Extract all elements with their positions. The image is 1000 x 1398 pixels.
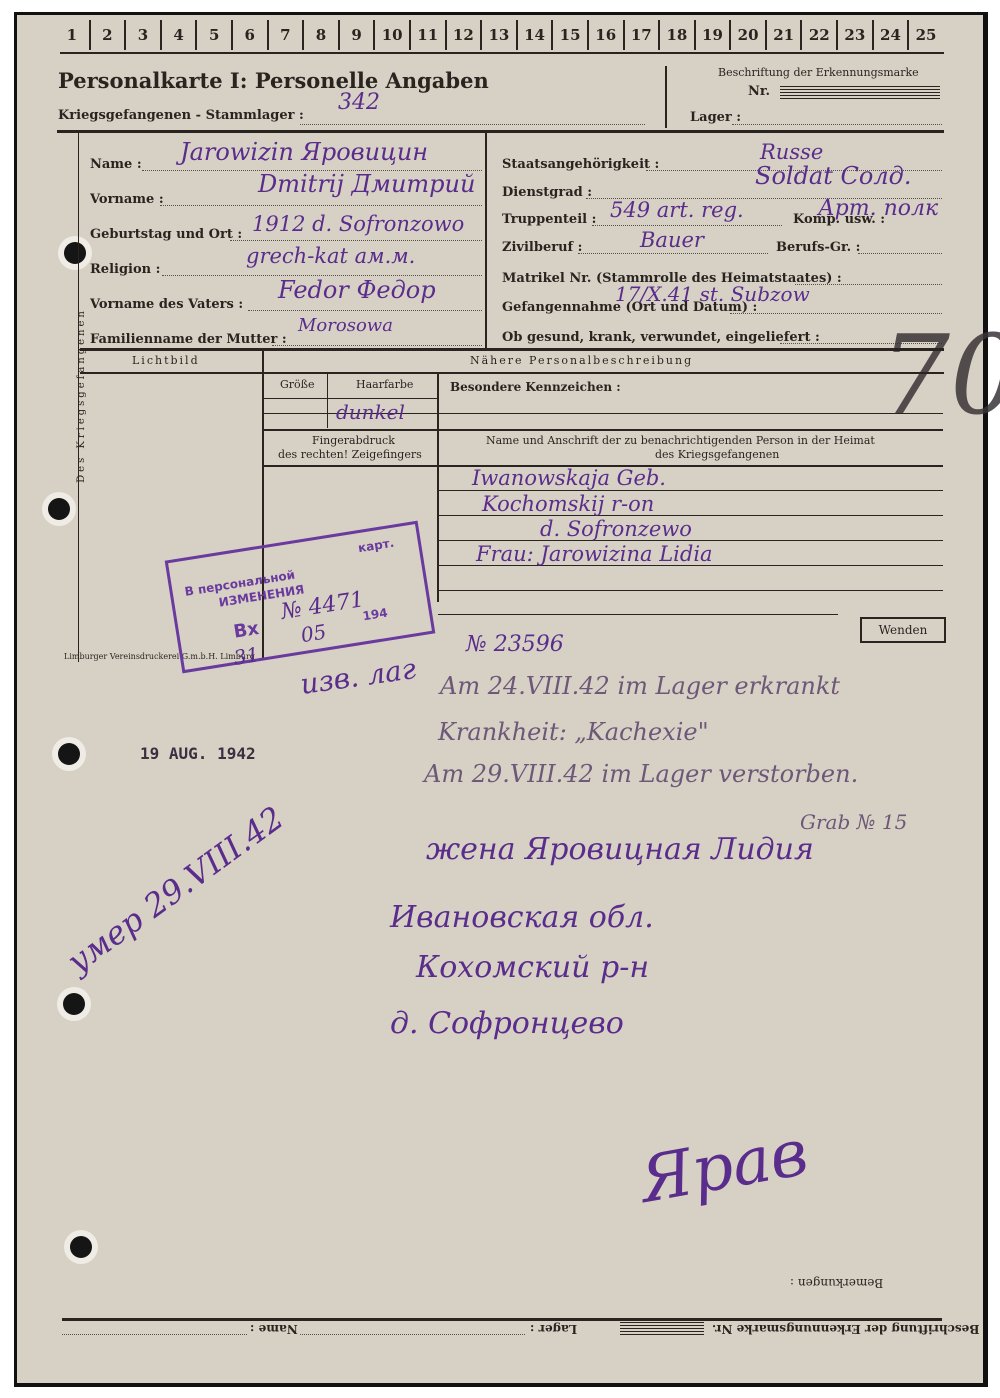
- dienstgrad-label: Dienstgrad :: [502, 185, 592, 200]
- staat-label: Staatsangehörigkeit :: [502, 157, 659, 172]
- berufsgr-label: Berufs-Gr. :: [776, 240, 860, 255]
- ruler-column: 22: [800, 20, 836, 50]
- truppenteil-label: Truppenteil :: [502, 212, 596, 227]
- marke-label: Beschriftung der Erkennungsmarke: [718, 66, 919, 79]
- ruler-column: 25: [907, 20, 943, 50]
- note-line-3: Am 29.VIII.42 im Lager verstorben.: [424, 760, 858, 788]
- kompanie-value: Арт. полк: [818, 196, 938, 221]
- grave-note: Grab № 15: [800, 810, 907, 834]
- ruler-column: 9: [338, 20, 374, 50]
- ruler-column: 14: [516, 20, 552, 50]
- ruler-column: 4: [160, 20, 196, 50]
- card-title: Personalkarte I: Personelle Angaben: [58, 68, 489, 93]
- ruler-column: 3: [124, 20, 160, 50]
- bemerkungen-label: Bemerkungen :: [790, 1276, 883, 1290]
- mutter-label: Familienname der Mutter :: [90, 332, 287, 347]
- ruler-column: 6: [231, 20, 267, 50]
- lager-label: Lager :: [690, 110, 741, 125]
- finger-label-2: des rechten! Zeigefingers: [278, 448, 422, 461]
- punch-hole: [70, 1236, 92, 1258]
- staat-value: Russe: [760, 140, 823, 164]
- ru-line-2: Ивановская обл.: [390, 900, 654, 935]
- contact-line-3: d. Sofronzewo: [540, 517, 692, 541]
- stamp-vx: Вх: [232, 618, 260, 643]
- wenden-button[interactable]: Wenden: [860, 617, 946, 643]
- ruler-column: 10: [373, 20, 409, 50]
- kennzeichen-label: Besondere Kennzeichen :: [450, 380, 621, 394]
- contact-label-2: des Kriegsgefangenen: [655, 448, 779, 461]
- ru-line-1: жена Яровицная Лидия: [426, 832, 814, 867]
- ruler-column: 16: [587, 20, 623, 50]
- punch-hole: [63, 993, 85, 1015]
- nr-label: Nr.: [748, 84, 770, 99]
- vorname-value: Dmitrij Дмитрий: [258, 170, 475, 198]
- ruler-column: 17: [623, 20, 659, 50]
- religion-label: Religion :: [90, 262, 160, 277]
- stammlager-value: 342: [338, 90, 380, 115]
- religion-value: grech-kat ам.м.: [246, 244, 415, 268]
- vater-label: Vorname des Vaters :: [90, 297, 243, 312]
- note-line-2: Krankheit: „Kachexie": [438, 718, 709, 746]
- ru-line-4: д. Софронцево: [390, 1006, 624, 1041]
- ruler-column: 11: [409, 20, 445, 50]
- stamp-year: 194: [362, 606, 389, 624]
- note-line-1: Am 24.VIII.42 im Lager erkrankt: [440, 672, 840, 700]
- ruler-column: 19: [694, 20, 730, 50]
- naehere-label: Nähere Personalbeschreibung: [470, 354, 693, 367]
- stammlager-label: Kriegsgefangenen - Stammlager :: [58, 108, 304, 123]
- zivilberuf-label: Zivilberuf :: [502, 240, 582, 255]
- zivilberuf-value: Bauer: [640, 228, 704, 252]
- card-number: № 23596: [466, 632, 564, 657]
- ruler-column: 13: [480, 20, 516, 50]
- dienstgrad-value: Soldat Солд.: [755, 162, 911, 190]
- marke-number-lines: [780, 86, 940, 100]
- footer-lager-label: Lager :: [530, 1322, 577, 1336]
- ruler-column: 1: [55, 20, 89, 50]
- ruler-column: 23: [836, 20, 872, 50]
- ruler-column: 21: [765, 20, 801, 50]
- finger-label-1: Fingerabdruck: [312, 434, 395, 447]
- ruler-column: 18: [658, 20, 694, 50]
- haarfarbe-label: Haarfarbe: [356, 378, 413, 391]
- name-value: Jarowizin Яровицин: [180, 138, 428, 166]
- ruler-column: 8: [302, 20, 338, 50]
- stamp-day: 31: [232, 642, 261, 670]
- punch-hole: [48, 498, 70, 520]
- vorname-label: Vorname :: [90, 192, 164, 207]
- gesund-label: Ob gesund, krank, verwundet, eingeliefer…: [502, 330, 820, 345]
- mutter-value: Morosowa: [298, 315, 393, 336]
- ruler-column: 12: [445, 20, 481, 50]
- contact-line-2: Kochomskij r-on: [482, 492, 654, 516]
- vater-value: Fedor Федор: [278, 276, 436, 304]
- footer-name-label: Name :: [250, 1322, 298, 1336]
- geburt-label: Geburtstag und Ort :: [90, 227, 242, 242]
- stamp-month: 05: [299, 619, 328, 647]
- ruler-column: 20: [729, 20, 765, 50]
- side-text: Des Kriegsgefangenen: [76, 308, 87, 483]
- footer-marke-label: Beschriftung der Erkennungsmarke Nr.: [712, 1322, 979, 1336]
- truppenteil-value: 549 art. reg.: [610, 198, 744, 222]
- ruler-column: 15: [551, 20, 587, 50]
- contact-label-1: Name und Anschrift der zu benachrichtige…: [486, 434, 875, 447]
- haarfarbe-value: dunkel: [336, 400, 405, 424]
- groesse-label: Größe: [280, 378, 315, 391]
- column-ruler: 1234567891011121314151617181920212223242…: [55, 20, 943, 50]
- contact-line-1: Iwanowskaja Geb.: [472, 466, 666, 490]
- ruler-column: 24: [872, 20, 908, 50]
- lichtbild-label: Lichtbild: [132, 354, 200, 367]
- punch-hole: [58, 743, 80, 765]
- ruler-column: 5: [195, 20, 231, 50]
- name-label: Name :: [90, 157, 142, 172]
- footer-marke-lines: [620, 1322, 704, 1336]
- ruler-column: 2: [89, 20, 125, 50]
- contact-line-4: Frau: Jarowizina Lidia: [476, 542, 713, 566]
- geburt-value: 1912 d. Sofronzowo: [252, 212, 464, 236]
- ruler-column: 7: [267, 20, 303, 50]
- punch-hole: [64, 242, 86, 264]
- stamp-kart: карт.: [357, 536, 395, 556]
- ru-line-3: Кохомский р-н: [416, 950, 649, 985]
- date-stamp: 19 AUG. 1942: [140, 744, 256, 763]
- gefangennahme-value: 17/X.41 st. Subzow: [615, 282, 810, 306]
